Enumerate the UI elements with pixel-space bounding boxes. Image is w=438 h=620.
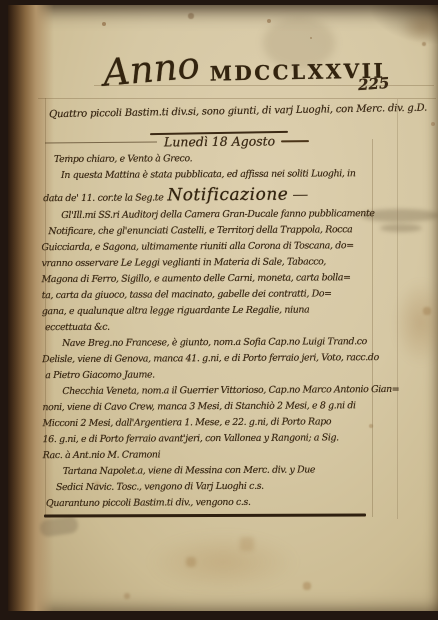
summary-line: Quattro piccoli Bastim.ti div.si, sono g… [49, 103, 419, 120]
ruled-line-horizontal [38, 98, 436, 99]
notification-prefix: data de' 11. cor.te la Seg.te [43, 192, 163, 204]
foxing-specks [8, 5, 10, 7]
date-rule-left [45, 141, 157, 143]
notification-dash: — [292, 184, 307, 203]
manuscript-page: Anno MDCCLXXVII 225 Quattro piccoli Bast… [8, 5, 438, 611]
journal-entry: Tempo chiaro, e Vento à Greco. In questa… [48, 152, 402, 514]
folio-number: 225 [357, 74, 389, 94]
entry-line: Quarantuno piccoli Bastim.ti div., vengo… [46, 496, 402, 514]
date-rule-right [281, 140, 309, 142]
paper-stain [148, 533, 298, 591]
notification-word: Notificazione [167, 185, 288, 206]
notification-line: data de' 11. cor.te la Seg.te Notificazi… [43, 184, 400, 210]
paper-stain [400, 11, 438, 43]
page-title: Anno MDCCLXXVII [103, 47, 386, 89]
date-heading-row: Lunedì 18 Agosto [45, 133, 375, 151]
date-heading: Lunedì 18 Agosto [164, 133, 275, 149]
book-photo: Anno MDCCLXXVII 225 Quattro piccoli Bast… [0, 0, 438, 620]
title-anno-word: Anno [102, 46, 202, 91]
entry-bottom-rule [44, 513, 366, 517]
